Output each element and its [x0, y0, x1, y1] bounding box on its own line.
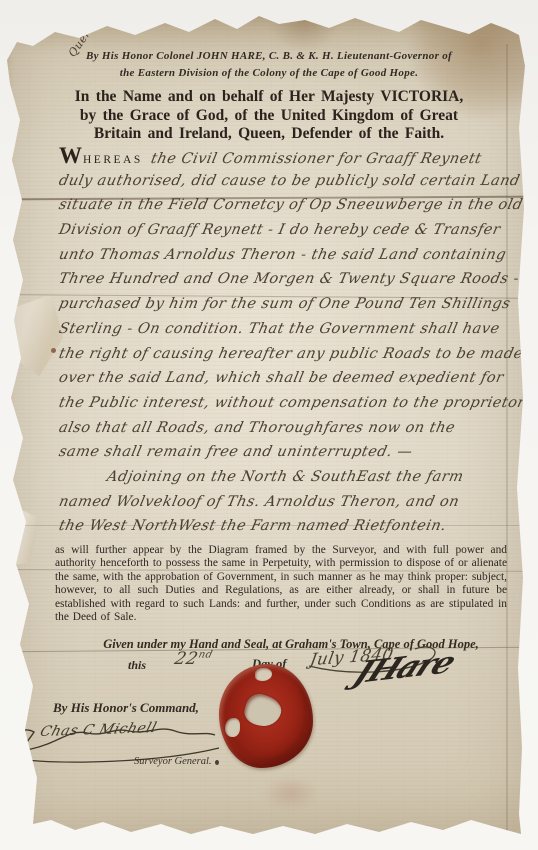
handwritten-text: Division of Graaff Reynett - I do hereby…	[56, 218, 502, 243]
handwritten-line: the Public interest, without compensatio…	[59, 391, 495, 416]
proclamation-line: Britain and Ireland, Queen, Defender of …	[35, 125, 503, 144]
handwritten-text: Sterling - On condition. That the Govern…	[56, 317, 502, 342]
handwritten-text: over the said Land, which shall be deeme…	[56, 366, 506, 391]
whereas-smallcaps: HEREAS	[83, 154, 143, 166]
proclamation-line: In the Name and on behalf of Her Majesty…	[35, 88, 503, 107]
ink-speck	[51, 348, 56, 353]
handwritten-text: the West NorthWest the Farm named Rietfo…	[56, 514, 448, 539]
handwritten-line: situate in the Field Cornetcy of Op Snee…	[59, 193, 495, 218]
handwritten-text: purchased by him for the sum of One Poun…	[56, 292, 512, 317]
seal-chip	[255, 668, 272, 680]
handwritten-text: situate in the Field Cornetcy of Op Snee…	[56, 193, 525, 218]
day-number: 22	[173, 649, 201, 669]
day-ordinal: nd	[197, 649, 214, 660]
handwritten-text: duly authorised, did cause to be publicl…	[56, 169, 522, 194]
proclamation-line: by the Grace of God, of the United Kingd…	[35, 107, 503, 126]
royal-proclamation: In the Name and on behalf of Her Majesty…	[35, 88, 503, 144]
handwritten-text: unto Thomas Arnoldus Theron - the said L…	[56, 243, 508, 268]
handwritten-text: Three Hundred and One Morgen & Twenty Sq…	[56, 267, 521, 292]
handwritten-line: Adjoining on the North & SouthEast the f…	[59, 465, 495, 490]
handwritten-line: also that all Roads, and Thoroughfares n…	[59, 416, 495, 441]
bottom-stain	[263, 776, 319, 810]
handwritten-line: over the said Land, which shall be deeme…	[59, 366, 495, 391]
deed-document: Quere By His Honor Colonel JOHN HARE, C.…	[7, 8, 531, 842]
handwritten-line: same shall remain free and uninterrupted…	[59, 440, 495, 465]
handwritten-line: Division of Graaff Reynett - I do hereby…	[59, 218, 495, 243]
vertical-crease	[506, 44, 508, 834]
handwritten-body: WHEREASthe Civil Commissioner for Graaff…	[59, 144, 495, 539]
handwritten-text: also that all Roads, and Thoroughfares n…	[56, 416, 457, 441]
gubernatorial-header: By His Honor Colonel JOHN HARE, C. B. & …	[37, 48, 501, 82]
handwritten-line: the right of causing hereafter any publi…	[59, 342, 495, 367]
red-wax-seal	[219, 664, 313, 768]
handwritten-line: the West NorthWest the Farm named Rietfo…	[59, 514, 495, 539]
torn-flap	[7, 505, 43, 569]
whereas-line: WHEREASthe Civil Commissioner for Graaff…	[59, 144, 495, 169]
this-label: this	[128, 658, 146, 673]
handwritten-text: the right of causing hereafter any publi…	[56, 342, 530, 367]
surveyor-general-title: Surveyor General.	[134, 756, 212, 767]
handwritten-line: unto Thomas Arnoldus Theron - the said L…	[59, 243, 495, 268]
handwritten-text: the Civil Commissioner for Graaff Reynet…	[148, 147, 484, 172]
photo-backdrop: Quere By His Honor Colonel JOHN HARE, C.…	[0, 0, 538, 850]
handwritten-text: the Public interest, without compensatio…	[56, 391, 538, 416]
day-value: 22nd	[175, 649, 211, 669]
handwritten-line: duly authorised, did cause to be publicl…	[59, 169, 495, 194]
header-line: the Eastern Division of the Colony of th…	[37, 65, 501, 82]
header-line: By His Honor Colonel JOHN HARE, C. B. & …	[37, 48, 501, 65]
handwritten-text: named Wolvekloof of Ths. Arnoldus Theron…	[56, 490, 461, 515]
top-center-stain	[269, 8, 339, 52]
handwritten-text: Adjoining on the North & SouthEast the f…	[104, 465, 466, 490]
handwritten-line: named Wolvekloof of Ths. Arnoldus Theron…	[59, 490, 495, 515]
handwritten-line: Sterling - On condition. That the Govern…	[59, 317, 495, 342]
whereas-drop-cap: W	[59, 143, 83, 168]
handwritten-text: same shall remain free and uninterrupted…	[56, 440, 414, 465]
printed-grant-clause: as will further appear by the Diagram fr…	[55, 544, 507, 624]
handwritten-line: Three Hundred and One Morgen & Twenty Sq…	[59, 267, 495, 292]
handwritten-line: purchased by him for the sum of One Poun…	[59, 292, 495, 317]
